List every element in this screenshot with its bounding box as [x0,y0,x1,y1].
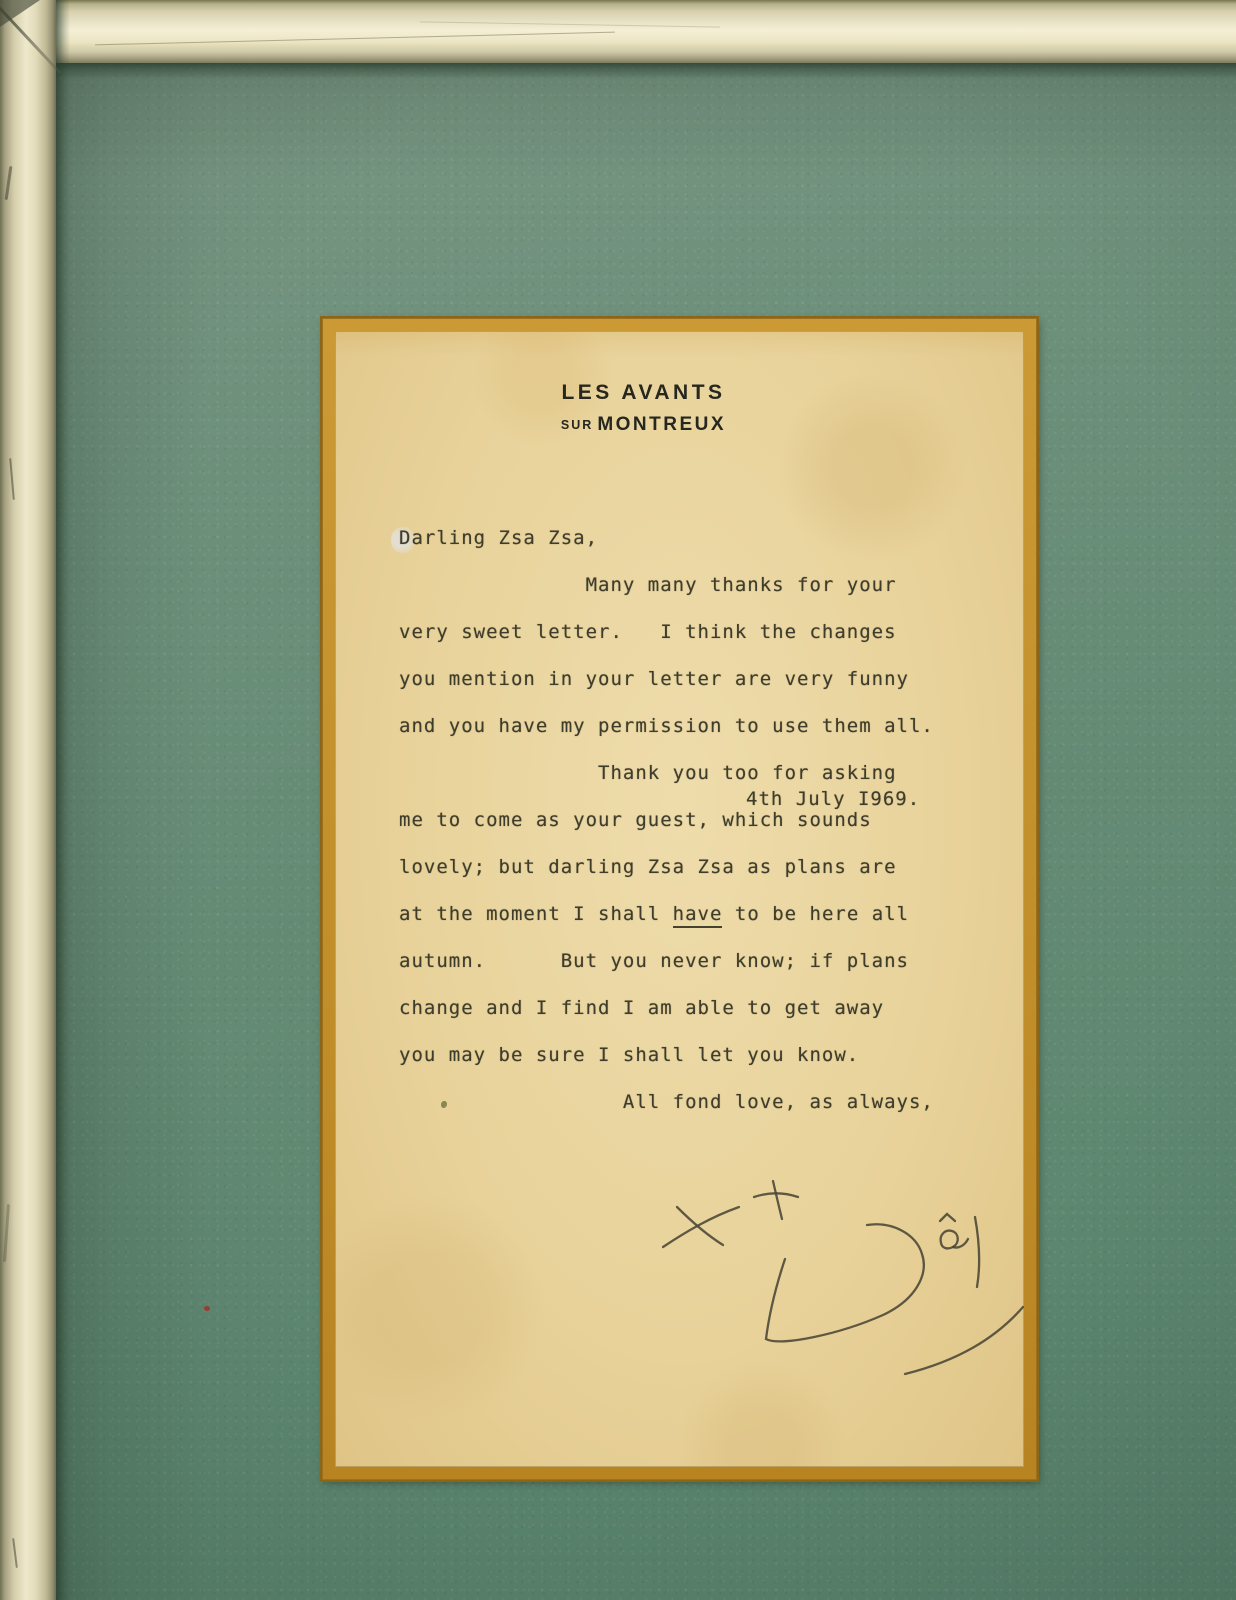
frame-left-shadow [56,0,70,1600]
framed-letter-photo: LES AVANTS SURMONTREUX 4th July I969. Da… [0,0,1236,1600]
frame-top-shadow [0,63,1236,79]
signature-noel-coward [335,331,1024,1467]
red-speck [204,1306,210,1311]
frame-top-bar [0,0,1236,63]
letter-gold-mat: LES AVANTS SURMONTREUX 4th July I969. Da… [322,318,1037,1480]
letter-paper: LES AVANTS SURMONTREUX 4th July I969. Da… [335,331,1024,1467]
frame-left-bar [0,0,56,1600]
